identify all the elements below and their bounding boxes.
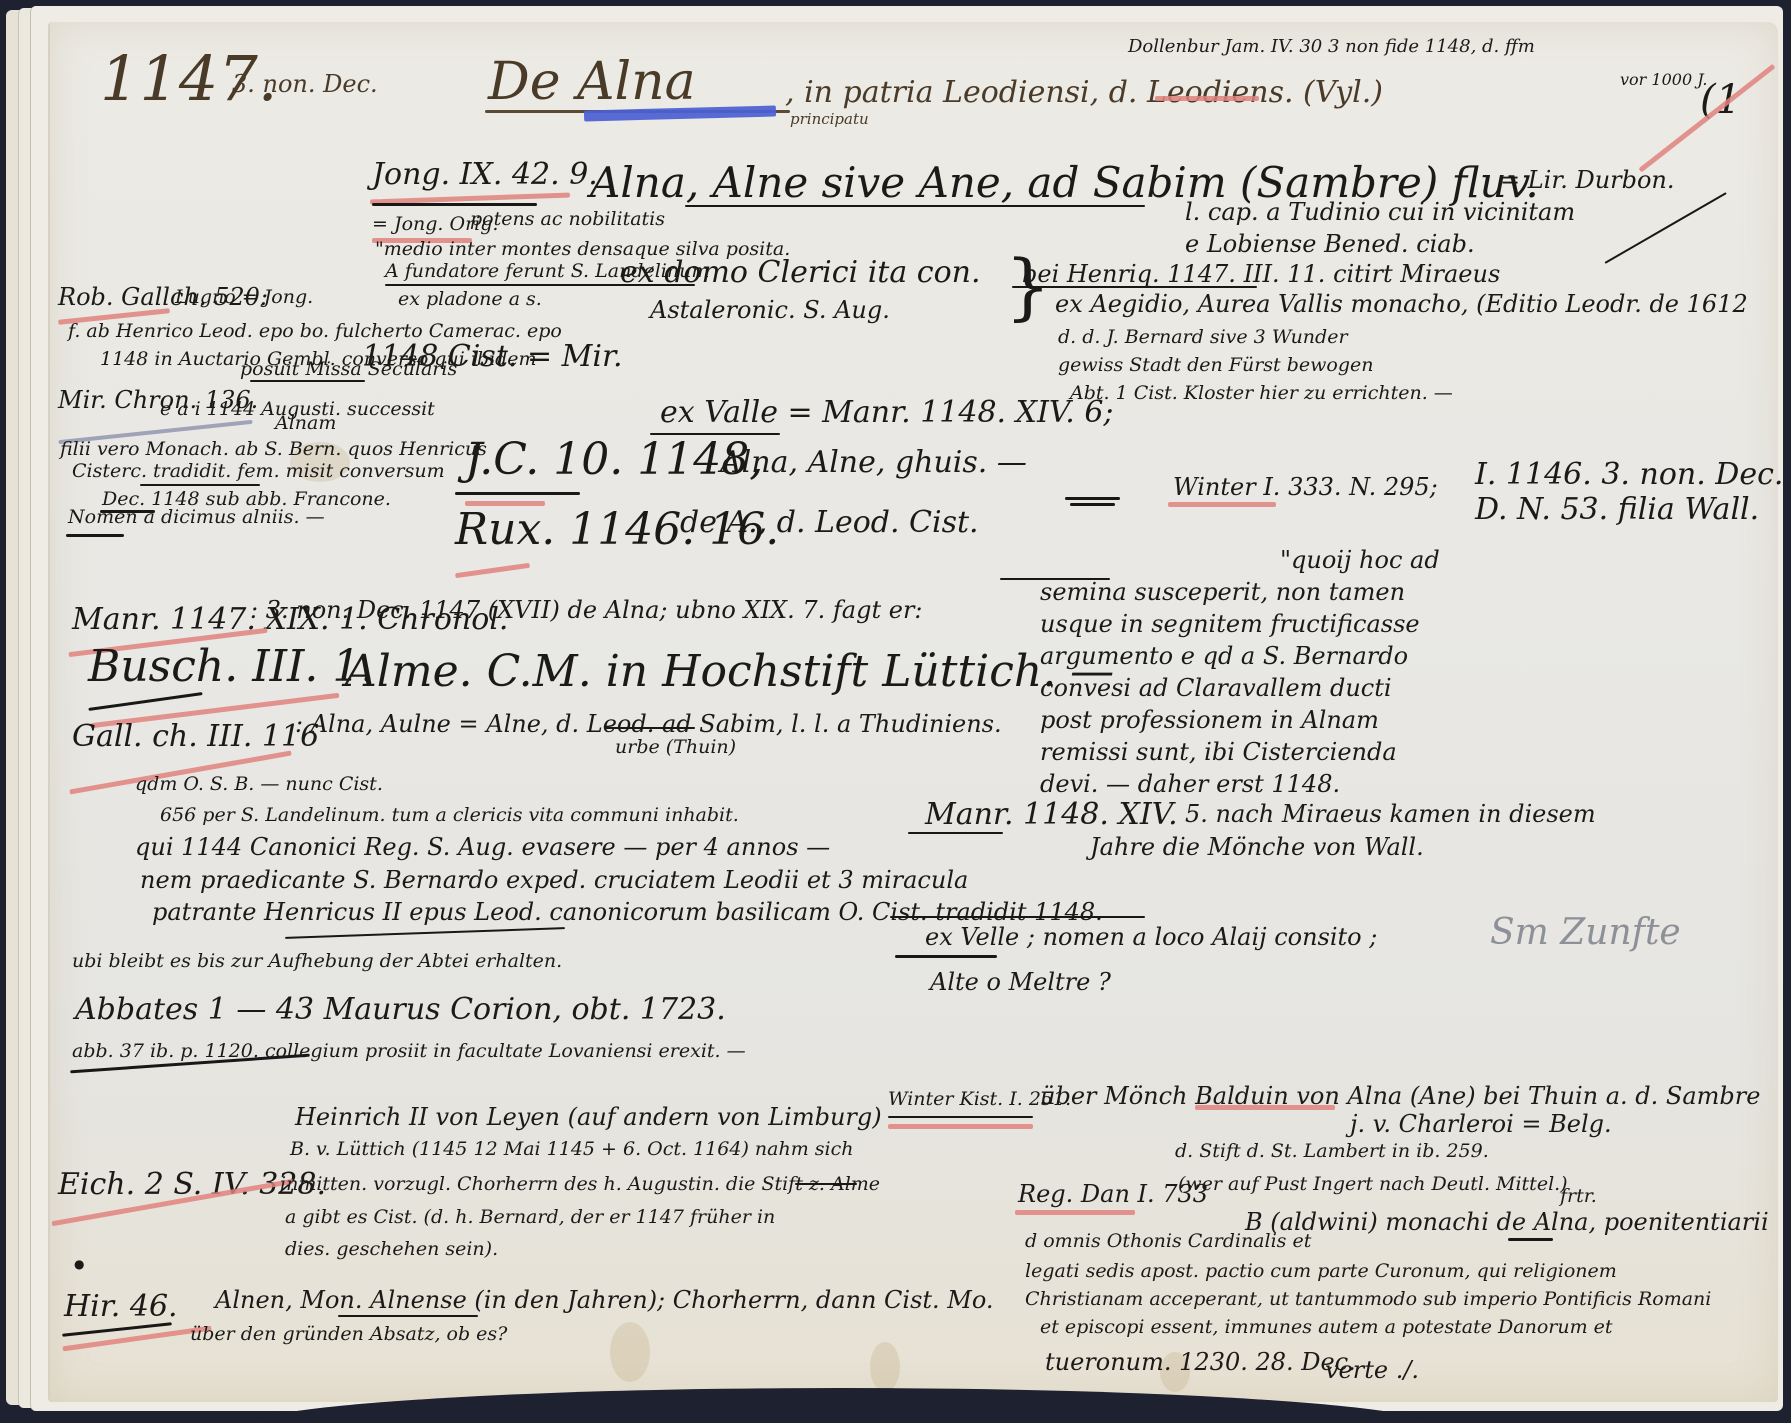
top-right-note-2: vor 1000 J. <box>1620 72 1707 88</box>
gall-line8: abb. 37 ib. p. 1120. collegium prosiit i… <box>72 1042 746 1061</box>
rob-ex-valle: ex Valle = Manr. 1148. XIV. 6; <box>660 398 1114 428</box>
ink-underline <box>1508 1238 1553 1241</box>
busch-text: Alme. C.M. in Hochstift Lüttich. — <box>345 650 1114 694</box>
jong-orig-line6: Astaleronic. S. Aug. <box>650 298 890 322</box>
rob-text: Lugno = Jong. <box>175 288 313 307</box>
jong-orig-line4: ex pladone a s. <box>398 290 542 309</box>
henriq-text: bei Henriq. 1147. III. 11. citirt Miraeu… <box>1022 262 1500 286</box>
jc-text: Alna, Alne, ghuis. — <box>720 448 1027 478</box>
header-title: De Alna <box>488 56 696 108</box>
rux-winter: Winter I. 333. N. 295; <box>1173 475 1438 499</box>
rux-right1: I. 1146. 3. non. Dec. <box>1475 460 1783 490</box>
red-pencil-underline <box>888 1124 1033 1129</box>
rux-text: de A., d. Leod. Cist. <box>680 508 979 538</box>
gall-line2: 656 per S. Landelinum. tum a clericis vi… <box>160 806 739 825</box>
ref-jc: J.C. 10. 1148, <box>465 438 763 482</box>
gall-text: : Alna, Aulne = Alne, d. Leod. ad Sabim,… <box>295 712 1002 736</box>
jong-orig-line1: potens ac nobilitatis <box>470 210 665 229</box>
reg-dan-line6: tueronum. 1230. 28. Dec. <box>1045 1350 1356 1374</box>
ref-manr-1148: Manr. 1148. XIV. <box>925 800 1178 830</box>
header-subtitle: , in patria Leodiensi, d. Leodiens. (Vyl… <box>785 78 1383 108</box>
jong-line3: e Lobiense Bened. ciab. <box>1185 232 1475 256</box>
double-dash <box>1065 497 1120 500</box>
jong-orig-line5: ex domo Clerici ita con. <box>620 258 980 288</box>
header-subtitle-note: principatu <box>790 112 869 127</box>
reg-dan-line5: et episcopi essent, immunes autem a pote… <box>1040 1318 1613 1337</box>
ink-underline <box>250 380 365 382</box>
ink-underline <box>605 727 695 729</box>
ink-underline <box>795 1183 857 1185</box>
manr1148-text: 5. nach Miraeus kamen in diesem <box>1185 802 1596 826</box>
manr1148-line3: Alte o Meltre ? <box>930 970 1111 994</box>
jong-eq: = Lir. Durbon. <box>1500 168 1675 192</box>
reg-dan-line3: legati sedis apost. pactio cum parte Cur… <box>1025 1262 1617 1281</box>
red-pencil-underline <box>1195 1105 1335 1110</box>
henriq-line3: d. d. J. Bernard sive 3 Wunder <box>1058 328 1348 347</box>
henriq-line2: ex Aegidio, Aurea Vallis monacho, (Editi… <box>1055 292 1748 316</box>
header-date: 3. non. Dec. <box>232 72 378 96</box>
ink-underline <box>895 955 997 958</box>
eich-line2: B. v. Lüttich (1145 12 Mai 1145 + 6. Oct… <box>290 1140 853 1159</box>
pencil-note: Sm Zunfte <box>1490 915 1681 951</box>
ref-reg-dan: Reg. Dan I. 733 <box>1018 1182 1208 1206</box>
henriq-line4: gewiss Stadt den Fürst bewogen <box>1058 356 1373 375</box>
rux-right2: D. N. 53. filia Wall. <box>1475 495 1759 525</box>
ref-jong: Jong. IX. 42. 9. <box>372 160 598 190</box>
manr-quote6: post professionem in Alnam <box>1040 708 1379 732</box>
hir-text: Alnen, Mon. Alnense (in den Jahren); Cho… <box>215 1288 994 1312</box>
reg-dan-line2: d omnis Othonis Cardinalis et <box>1025 1232 1311 1251</box>
hir-line2: über den gründen Absatz, ob es? <box>190 1325 507 1344</box>
eich-line3: inmitten. vorzugl. Chorherrn des h. Augu… <box>280 1175 880 1194</box>
gall-line6: ubi bleibt es bis zur Aufhebung der Abte… <box>72 952 562 971</box>
reg-dan-line1-note: frtr. <box>1560 1187 1597 1206</box>
ink-underline <box>908 832 1003 834</box>
dot-mark: ● <box>74 1258 84 1270</box>
gall-line5: patrante Henricus II epus Leod. canonico… <box>152 900 1103 924</box>
winter-kist-line4: (wer auf Pust Ingert nach Deutl. Mittel.… <box>1178 1175 1568 1194</box>
mir-line6: Nomen a dicimus alniis. — <box>68 508 325 527</box>
ref-gall: Gall. ch. III. 116 <box>72 722 319 752</box>
winter-kist-line2: j. v. Charleroi = Belg. <box>1350 1112 1612 1136</box>
manr-quote1: "quoij hoc ad <box>1280 548 1440 572</box>
manr-text: : 3. non. Dec. 1147 (XVII) de Alna; ubno… <box>250 598 923 622</box>
gall-urbe: urbe (Thuin) <box>615 738 736 757</box>
double-dash <box>1070 503 1115 506</box>
ink-underline <box>66 534 124 537</box>
ink-underline <box>685 205 1145 207</box>
reg-dan-verte: verte ./. <box>1325 1358 1419 1382</box>
red-pencil-underline <box>1155 96 1259 101</box>
ink-underline <box>338 1315 478 1317</box>
manr-quote3: usque in segnitem fructificasse <box>1040 612 1420 636</box>
rob-cist: 1148 Cist. = Mir. <box>362 342 623 372</box>
mir-line2: filii vero Monach. ab S. Bern. quos Henr… <box>60 440 487 459</box>
manr-quote7: remissi sunt, ibi Cistercienda <box>1040 740 1397 764</box>
ink-underline <box>890 916 1145 918</box>
gall-line7: Abbates 1 — 43 Maurus Corion, obt. 1723. <box>75 995 726 1025</box>
ink-underline <box>1012 286 1257 288</box>
top-right-note: Dollenbur Jam. IV. 30 3 non fide 1148, d… <box>1128 38 1535 56</box>
foxing-stain <box>870 1342 900 1392</box>
eich-line1: Heinrich II von Leyen (auf andern von Li… <box>295 1105 882 1129</box>
winter-kist-line3: d. Stift d. St. Lambert in ib. 259. <box>1175 1142 1489 1161</box>
foxing-stain <box>610 1322 650 1382</box>
eich-line5: dies. geschehen sein). <box>285 1240 498 1259</box>
gall-line4: nem praedicante S. Bernardo exped. cruci… <box>140 868 968 892</box>
ink-underline <box>140 484 260 486</box>
ink-underline <box>372 203 537 206</box>
winter-kist-text: über Mönch Balduin von Alna (Ane) bei Th… <box>1040 1084 1760 1108</box>
red-pencil-underline <box>1168 502 1276 507</box>
mir-line4: Cisterc. tradidit. fem. misit conversum <box>72 462 445 481</box>
manr1148-line2: Jahre die Mönche von Wall. <box>1090 835 1424 859</box>
henriq-line5: Abt. 1 Cist. Kloster hier zu errichten. … <box>1070 384 1453 403</box>
ink-underline <box>888 1116 1033 1118</box>
gall-line1: qdm O. S. B. — nunc Cist. <box>135 775 383 794</box>
reg-dan-line1: B (aldwini) monachi de Alna, poenitentia… <box>1245 1210 1769 1234</box>
manr-quote2: semina susceperit, non tamen <box>1040 580 1405 604</box>
eich-line4: a gibt es Cist. (d. h. Bernard, der er 1… <box>285 1208 775 1227</box>
ink-underline <box>455 492 580 495</box>
reg-dan-line4: Christianam acceperant, ut tantummodo su… <box>1025 1290 1711 1309</box>
gall-line3: qui 1144 Canonici Reg. S. Aug. evasere —… <box>135 835 830 859</box>
manr1148-ex-velle: ex Velle ; nomen a loco Alaij consito ; <box>925 925 1377 949</box>
ref-busch: Busch. III. 1. <box>88 645 374 689</box>
ref-hir: Hir. 46. <box>64 1292 178 1322</box>
jong-line2: l. cap. a Tudinio cui in vicinitam <box>1185 200 1575 224</box>
red-pencil-underline <box>1015 1210 1135 1215</box>
mir-line3: Alnam <box>275 414 336 433</box>
manr-quote8: devi. — daher erst 1148. <box>1040 772 1340 796</box>
